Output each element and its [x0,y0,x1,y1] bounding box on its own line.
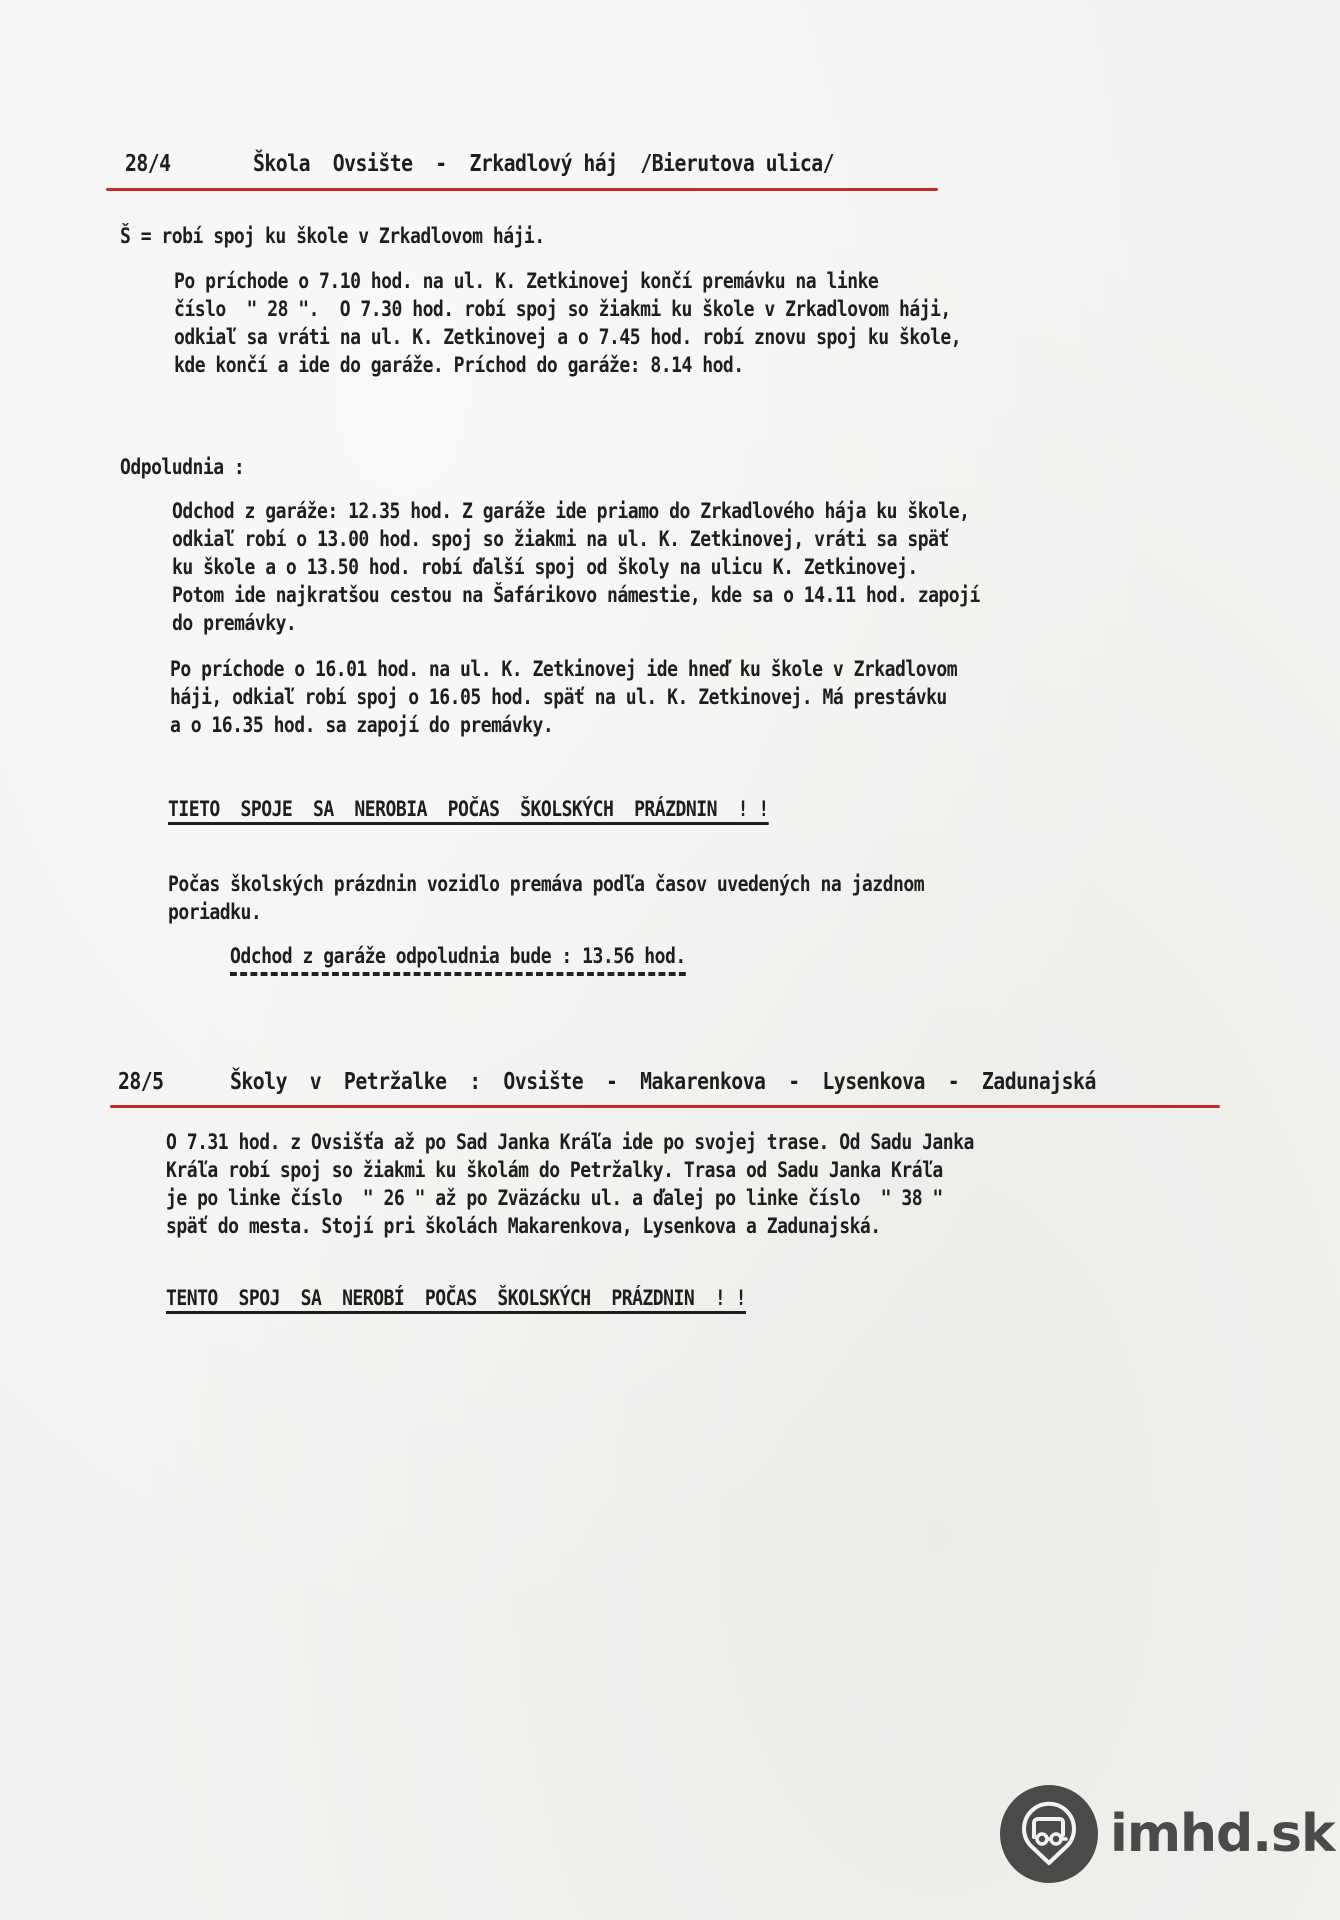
warning-notice: TIETO SPOJE SA NEROBIA POČAS ŠKOLSKÝCH P… [168,795,769,823]
paragraph-line: Počas školských prázdnin vozidlo premáva… [168,870,924,898]
paragraph-line: Kráľa robí spoj so žiakmi ku školám do P… [166,1156,943,1184]
section-rule [110,1105,1220,1108]
section-rule [106,188,938,191]
paragraph-line: Potom ide najkratšou cestou na Šafárikov… [172,581,980,609]
paragraph-line: a o 16.35 hod. sa zapojí do premávky. [170,711,553,739]
paragraph-line: Po príchode o 7.10 hod. na ul. K. Zetkin… [174,267,878,295]
paragraph-line: späť do mesta. Stojí pri školách Makaren… [166,1212,881,1240]
warning-notice: TENTO SPOJ SA NEROBÍ POČAS ŠKOLSKÝCH PRÁ… [166,1284,746,1312]
paragraph-line: odkiaľ sa vráti na ul. K. Zetkinovej a o… [174,323,961,351]
paragraph-line: poriadku. [168,898,261,926]
holiday-departure: Odchod z garáže odpoludnia bude : 13.56 … [230,942,686,976]
section-number: 28/4 [125,150,171,178]
logo-text: imhd.sk [1110,1804,1335,1864]
paragraph-line: číslo " 28 ". O 7.30 hod. robí spoj so ž… [174,295,951,323]
imhd-logo: imhd.sk [1000,1785,1335,1883]
section-number: 28/5 [118,1068,164,1096]
paragraph-line: do premávky. [172,609,296,637]
afternoon-heading: Odpoludnia : [120,453,244,481]
paragraph-line: je po linke číslo " 26 " až po Zväzácku … [166,1184,943,1212]
section-title: Škola Ovsište - Zrkadlový háj /Bierutova… [253,150,834,178]
section-title: Školy v Petržalke : Ovsište - Makarenkov… [230,1068,1096,1096]
paragraph-line: O 7.31 hod. z Ovsišťa až po Sad Janka Kr… [166,1128,974,1156]
paragraph-line: odkiaľ robí o 13.00 hod. spoj so žiakmi … [172,525,949,553]
paragraph-line: háji, odkiaľ robí spoj o 16.05 hod. späť… [170,683,947,711]
bus-pin-icon [1000,1785,1098,1883]
paragraph-line: Odchod z garáže: 12.35 hod. Z garáže ide… [172,497,970,525]
paragraph-line: ku škole a o 13.50 hod. robí ďalší spoj … [172,553,918,581]
paragraph-line: kde končí a ide do garáže. Príchod do ga… [174,351,744,379]
paragraph-line: Po príchode o 16.01 hod. na ul. K. Zetki… [170,655,957,683]
legend-text: Š = robí spoj ku škole v Zrkadlovom háji… [120,222,545,250]
document-page: 28/4 Škola Ovsište - Zrkadlový háj /Bier… [0,0,1340,1920]
